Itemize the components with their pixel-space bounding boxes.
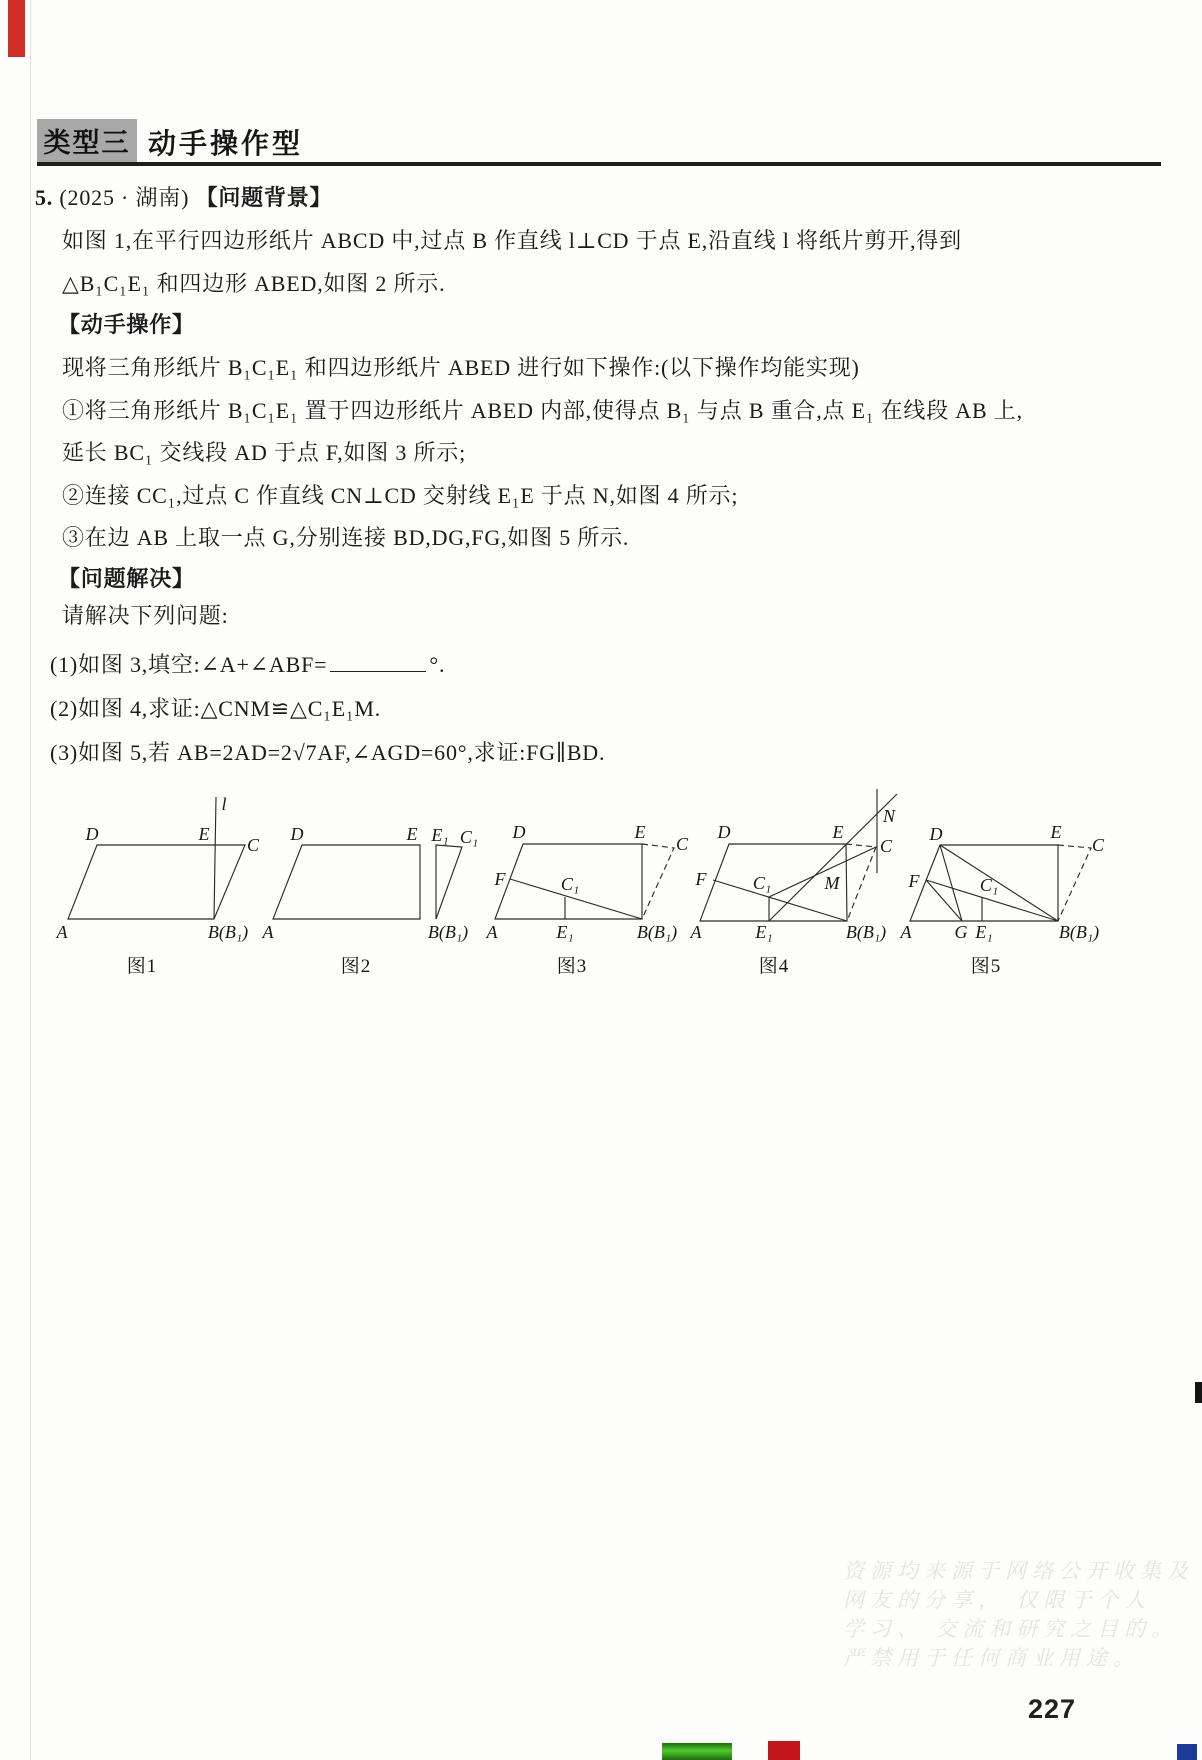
- background-tag: 【问题背景】: [196, 185, 333, 210]
- textbook-page: 类型三 动手操作型 5. (2025 · 湖南) 【问题背景】 如图 1,在平行…: [0, 0, 1202, 1760]
- fig1-label-E: E: [198, 824, 210, 844]
- question-2: (2)如图 4,求证:△CNM≌△C₁E₁M.: [50, 692, 381, 726]
- problem-source: (2025 · 湖南): [59, 185, 189, 210]
- fig3-label-F: F: [494, 869, 507, 889]
- fig2-label-E: E: [406, 824, 418, 844]
- fig1-caption: 图1: [127, 955, 158, 977]
- fig4-label-C: C: [880, 836, 893, 856]
- fig1-label-l: l: [221, 794, 226, 814]
- fig2-label-B: B(B₁): [428, 922, 468, 943]
- step-3: ③在边 AB 上取一点 G,分别连接 BD,DG,FG,如图 5 所示.: [62, 521, 629, 555]
- figure-1: l D E C A B(B₁) 图1: [56, 794, 260, 977]
- fig5-label-C1: C₁: [980, 875, 998, 895]
- watermark-line: 严禁用于任何商业用途。: [843, 1644, 1194, 1673]
- fig3-label-B: B(B₁): [637, 922, 677, 943]
- operation-intro: 现将三角形纸片 B₁C₁E₁ 和四边形纸片 ABED 进行如下操作:(以下操作均…: [62, 351, 860, 385]
- fig3-label-C: C: [676, 834, 689, 854]
- figure-5: D E C F C₁ A G E₁ B(B₁) 图5: [900, 822, 1105, 977]
- fig1-label-B: B(B₁): [208, 922, 248, 943]
- watermark: 资源均来源于网络公开收集及 网友的分享， 仅限于个人 学习、 交流和研究之目的。…: [843, 1557, 1194, 1673]
- fig4-label-B: B(B₁): [846, 922, 886, 943]
- solve-tag: 【问题解决】: [58, 562, 195, 596]
- fig4-label-E1: E₁: [754, 922, 772, 942]
- fig1-label-C: C: [247, 835, 260, 855]
- fig5-label-F: F: [908, 871, 921, 891]
- fig5-label-E1: E₁: [974, 922, 992, 942]
- fig1-label-A: A: [56, 922, 69, 942]
- figure-3: D E C F C₁ A E₁ B(B₁) 图3: [486, 822, 689, 977]
- fig4-label-N: N: [882, 806, 896, 826]
- background-line-2: △B₁C₁E₁ 和四边形 ABED,如图 2 所示.: [62, 267, 445, 301]
- section-title: 动手操作型: [148, 122, 303, 162]
- step-1-line-1: ①将三角形纸片 B₁C₁E₁ 置于四边形纸片 ABED 内部,使得点 B₁ 与点…: [62, 394, 1023, 428]
- step-2: ②连接 CC₁,过点 C 作直线 CN⊥CD 交射线 E₁E 于点 N,如图 4…: [62, 479, 738, 513]
- print-mark-green: [662, 1743, 732, 1760]
- corner-red-bar: [8, 0, 25, 57]
- fig2-label-E1: E₁: [430, 825, 448, 845]
- operation-tag: 【动手操作】: [58, 308, 195, 342]
- watermark-line: 学习、 交流和研究之目的。: [843, 1615, 1194, 1644]
- page-number: 227: [1028, 1694, 1076, 1725]
- fig1-label-D: D: [85, 824, 99, 844]
- figures-band: l D E C A B(B₁) 图1 D E E₁ C₁ A B(B₁) 图2 …: [0, 780, 1202, 995]
- fig2-label-A: A: [262, 922, 275, 942]
- fig5-label-E: E: [1050, 822, 1062, 842]
- question-3: (3)如图 5,若 AB=2AD=2√7AF,∠AGD=60°,求证:FG∥BD…: [50, 736, 605, 770]
- fig3-label-E: E: [634, 822, 646, 842]
- fig4-label-C1: C₁: [753, 873, 771, 893]
- fig4-label-A: A: [690, 922, 703, 942]
- question-1-text: (1)如图 3,填空:∠A+∠ABF=: [50, 652, 327, 677]
- fig4-caption: 图4: [759, 955, 790, 977]
- question-1-unit: °.: [429, 652, 445, 677]
- edge-black-mark: [1195, 1382, 1202, 1403]
- background-line-1: 如图 1,在平行四边形纸片 ABCD 中,过点 B 作直线 l⊥CD 于点 E,…: [62, 224, 962, 258]
- fig5-label-D: D: [929, 824, 943, 844]
- fig3-label-E1: E₁: [555, 922, 573, 942]
- fig4-label-E: E: [832, 822, 844, 842]
- step-1-line-2: 延长 BC₁ 交线段 AD 于点 F,如图 3 所示;: [62, 436, 466, 470]
- problem-number: 5.: [35, 185, 53, 210]
- print-mark-red: [768, 1741, 800, 1760]
- fig4-label-M: M: [824, 873, 841, 893]
- fig4-label-D: D: [717, 822, 731, 842]
- fig3-label-C1: C₁: [561, 874, 579, 894]
- fig5-caption: 图5: [971, 955, 1002, 977]
- fig2-caption: 图2: [341, 955, 372, 977]
- fig5-label-G: G: [955, 922, 968, 942]
- figure-4: D E N C F C₁ M A E₁ B(B₁) 图4: [690, 789, 898, 977]
- fig5-label-C: C: [1092, 835, 1105, 855]
- header-rule: [37, 162, 1161, 166]
- fig4-label-F: F: [695, 869, 708, 889]
- problem-heading: 5. (2025 · 湖南) 【问题背景】: [35, 181, 332, 215]
- section-type-badge: 类型三: [37, 119, 137, 162]
- fig3-caption: 图3: [557, 955, 588, 977]
- solve-intro: 请解决下列问题:: [62, 599, 229, 633]
- fig3-label-A: A: [486, 922, 499, 942]
- watermark-line: 网友的分享， 仅限于个人: [843, 1586, 1194, 1615]
- fig2-label-D: D: [290, 824, 304, 844]
- question-1: (1)如图 3,填空:∠A+∠ABF=°.: [50, 648, 445, 682]
- fig3-label-D: D: [512, 822, 526, 842]
- answer-blank: [330, 651, 426, 672]
- print-mark-blue: [1177, 1744, 1197, 1760]
- fig2-label-C1: C₁: [460, 827, 478, 847]
- fig5-label-B: B(B₁): [1059, 922, 1099, 943]
- figure-2: D E E₁ C₁ A B(B₁) 图2: [262, 824, 479, 977]
- watermark-line: 资源均来源于网络公开收集及: [843, 1557, 1194, 1586]
- fig5-label-A: A: [900, 922, 913, 942]
